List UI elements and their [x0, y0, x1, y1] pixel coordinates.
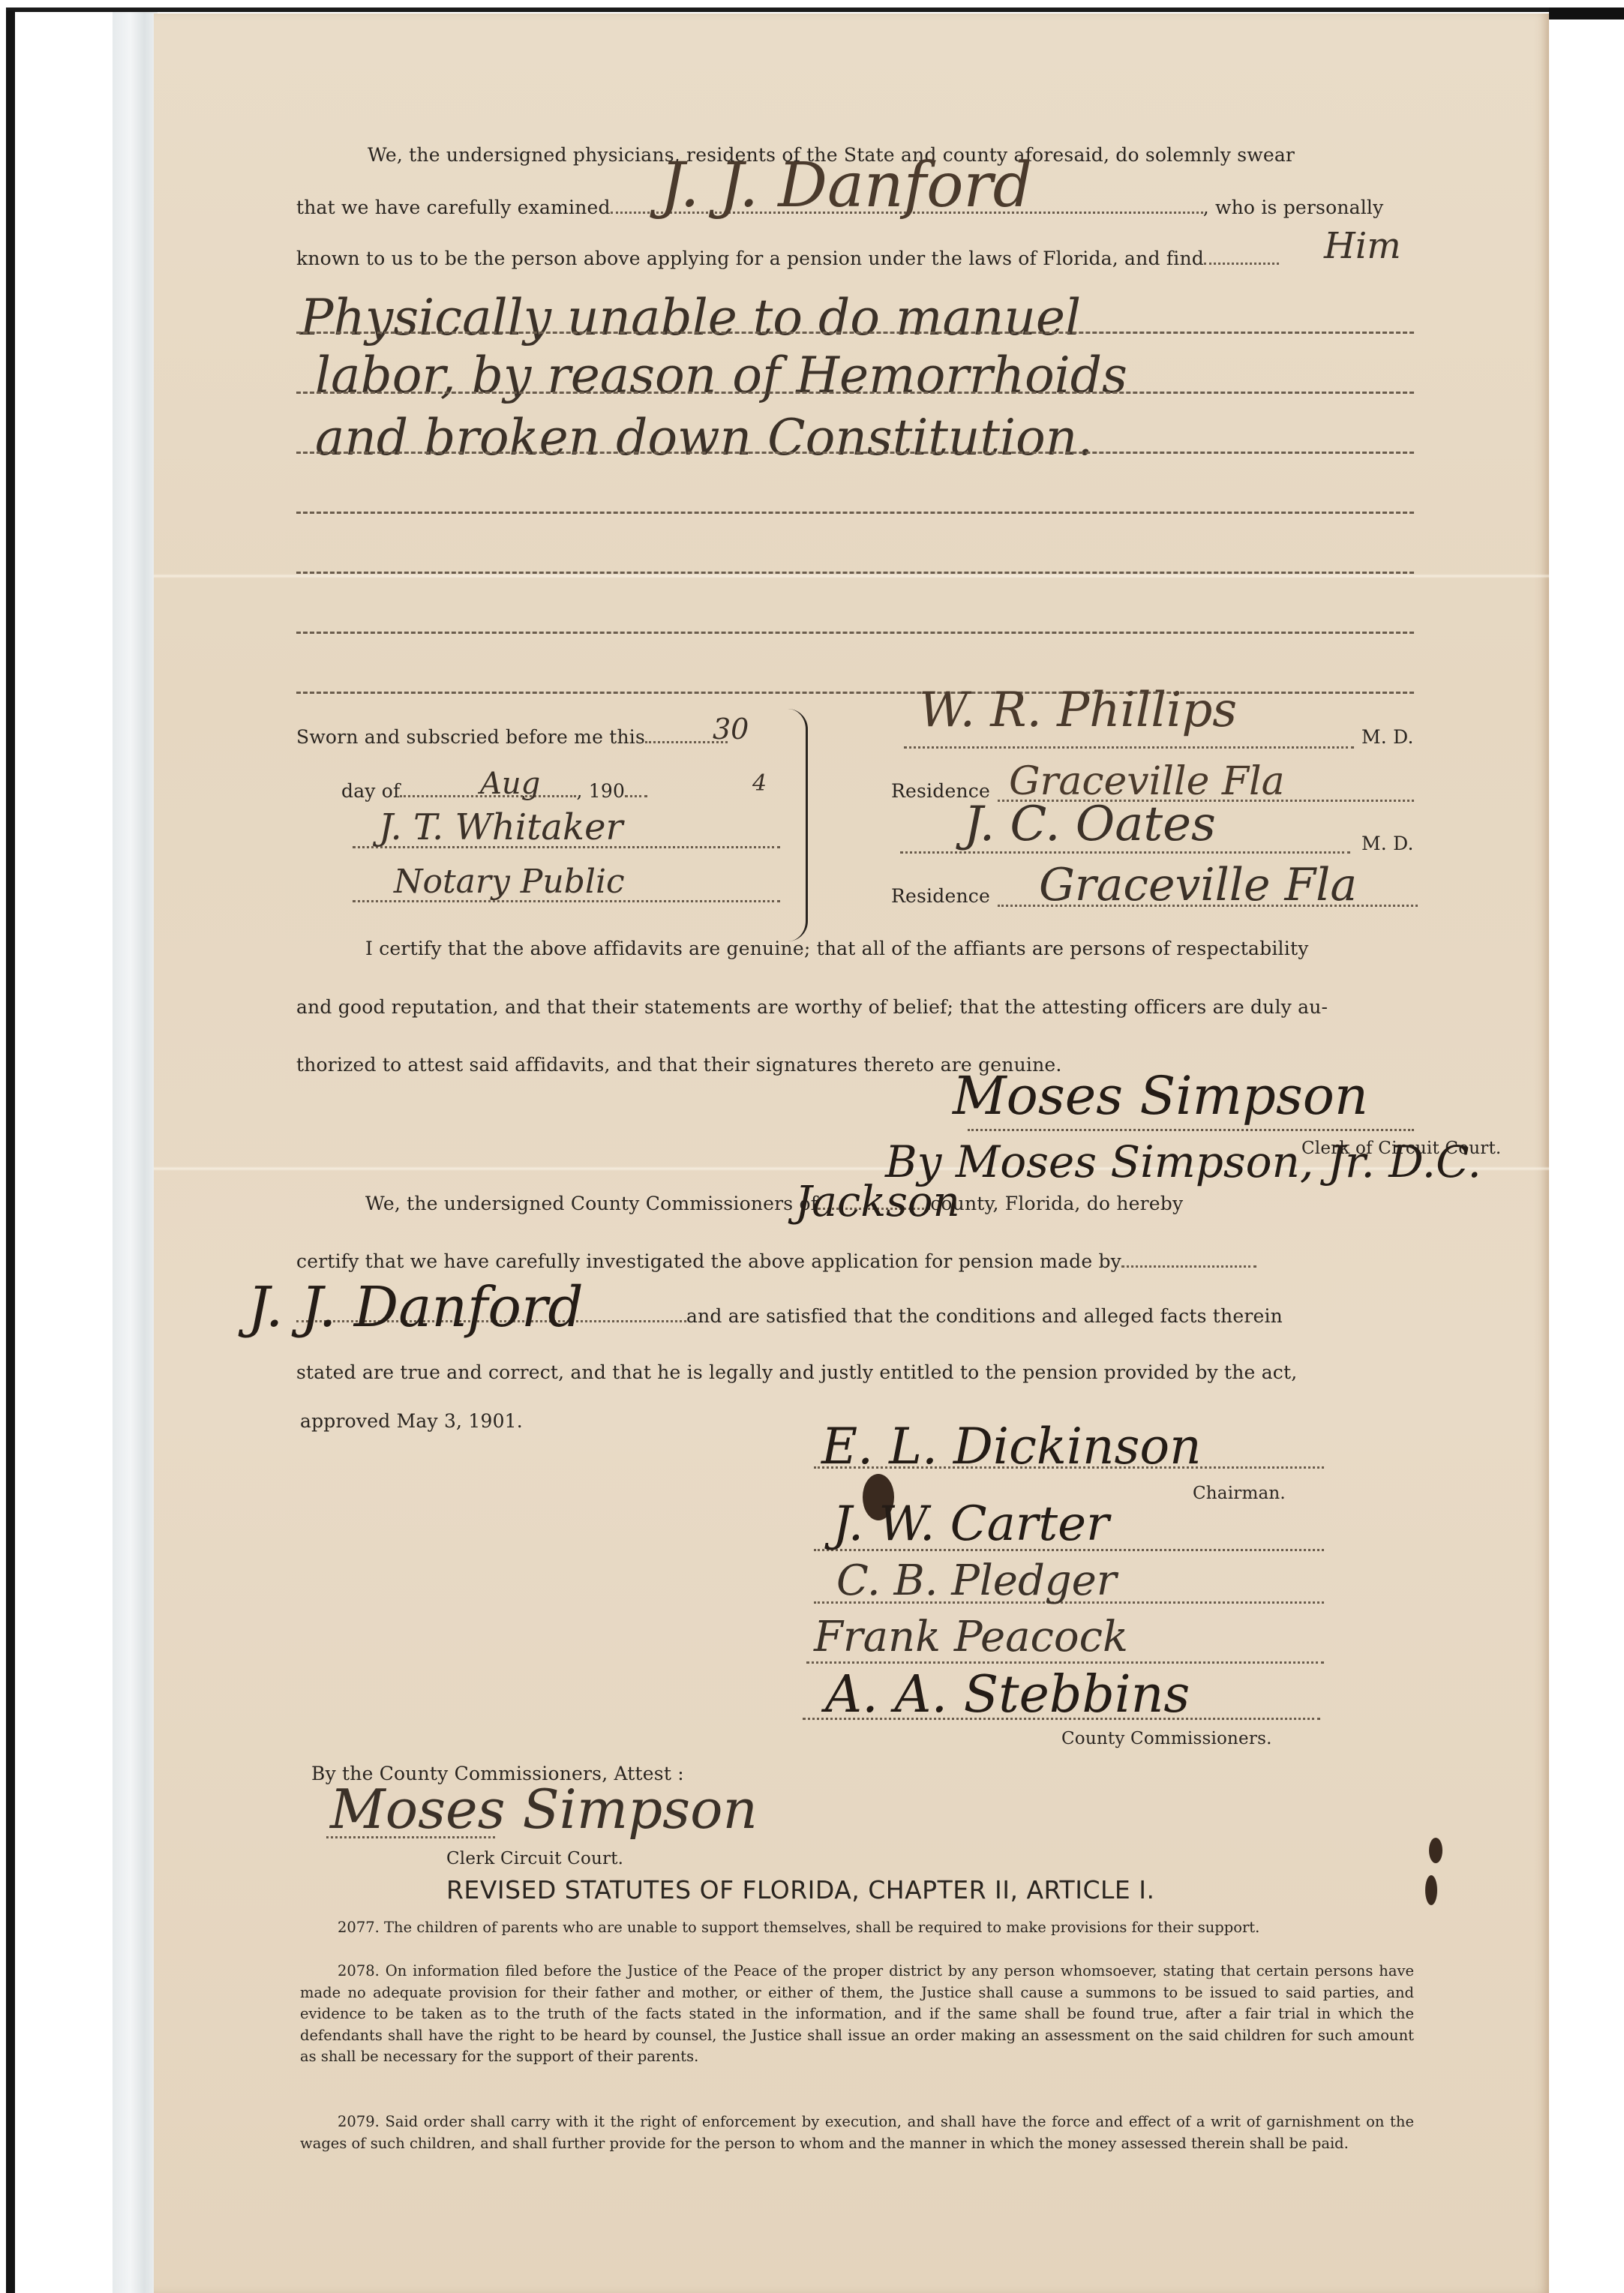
year-prefix: , 190: [576, 780, 625, 802]
sworn-label: Sworn and subscried before me this: [296, 726, 645, 748]
protective-sleeve-edge: [113, 12, 158, 2293]
writing-line: [296, 392, 1414, 394]
writing-line: [296, 512, 1414, 514]
deputy-clerk-signature: By Moses Simpson, Jr. D.C.: [885, 1136, 1481, 1187]
applicant-name-handwritten: J. J. Danford: [660, 150, 1032, 221]
physician-2-residence: Graceville Fla: [1039, 859, 1357, 911]
scanner-frame-corner: [1549, 8, 1624, 20]
scanner-frame-left: [6, 11, 15, 2293]
affidavit-line-3-text: known to us to be the person above apply…: [296, 248, 1204, 269]
commissioner-3-signature: Frank Peacock: [814, 1613, 1128, 1661]
statute-text: The children of parents who are unable t…: [384, 1919, 1259, 1936]
finding-line-1: Physically unable to do manuel: [300, 289, 1081, 347]
clerk-signature: Moses Simpson: [953, 1065, 1368, 1127]
clerk-cert-line-3: thorized to attest said affidavits, and …: [296, 1054, 1062, 1076]
physician-2-suffix: M. D.: [1361, 833, 1414, 854]
statute-number: 2079.: [338, 2113, 380, 2130]
clerk-signature-line: [968, 1129, 1414, 1131]
attest-title: Clerk Circuit Court.: [446, 1849, 623, 1868]
county-handwritten: Jackson: [795, 1178, 960, 1226]
find-blank: [1204, 263, 1279, 265]
writing-line: [296, 332, 1414, 334]
applicant-blank: [1121, 1265, 1256, 1268]
sworn-line: Sworn and subscried before me this: [296, 726, 728, 748]
year-value: 4: [752, 770, 767, 797]
commissioner-2-signature: C. B. Pledger: [836, 1556, 1117, 1605]
commissioners-line-1-prefix: We, the undersigned County Commissioners…: [365, 1193, 818, 1214]
physician-1-signature-line: [904, 746, 1354, 749]
statute-2077: 2077. The children of parents who are un…: [300, 1917, 1414, 1939]
attest-signature: Moses Simpson: [330, 1778, 758, 1841]
statute-2079: 2079. Said order shall carry with it the…: [300, 2111, 1414, 2154]
paper-fold: [154, 574, 1549, 578]
physician-1-signature: W. R. Phillips: [919, 683, 1237, 738]
notary-signature: J. T. Whitaker: [379, 806, 623, 848]
physician-2-residence-label: Residence: [891, 885, 990, 907]
commissioners-line-1-suffix: county, Florida, do hereby: [930, 1193, 1183, 1214]
affidavit-line-2-prefix: that we have carefully examined: [296, 197, 611, 218]
year-blank: [625, 795, 647, 797]
ink-spot: [1429, 1838, 1442, 1863]
affidavit-line-3: known to us to be the person above apply…: [296, 248, 1279, 269]
pronoun-handwritten: Him: [1324, 225, 1401, 267]
commissioners-title: County Commissioners.: [1061, 1729, 1272, 1748]
finding-line-2: labor, by reason of Hemorrhoids: [315, 347, 1127, 404]
writing-line: [296, 692, 1414, 694]
writing-line: [296, 452, 1414, 454]
commissioners-line-4: stated are true and correct, and that he…: [296, 1361, 1297, 1383]
writing-line: [296, 572, 1414, 574]
month-value: Aug: [480, 767, 540, 801]
commissioner-4-signature: A. A. Stebbins: [825, 1665, 1190, 1724]
applicant-name-handwritten-2: J. J. Danford: [248, 1275, 584, 1340]
commissioner-3-line: [806, 1661, 1324, 1664]
physician-2-signature: J. C. Oates: [964, 797, 1216, 852]
commissioner-1-signature: J. W. Carter: [833, 1496, 1109, 1552]
physician-1-suffix: M. D.: [1361, 726, 1414, 748]
finding-line-3: and broken down Constitution.: [315, 409, 1093, 467]
chairman-signature: E. L. Dickinson: [821, 1418, 1202, 1475]
commissioners-line-2: certify that we have carefully investiga…: [296, 1250, 1256, 1272]
affidavit-line-2-suffix: , who is personally: [1203, 197, 1384, 218]
ink-spot: [1425, 1875, 1437, 1905]
commissioners-line-1: We, the undersigned County Commissioners…: [365, 1193, 1183, 1214]
clerk-cert-line-2: and good reputation, and that their stat…: [296, 996, 1328, 1018]
statutes-title: REVISED STATUTES OF FLORIDA, CHAPTER II,…: [446, 1875, 1154, 1904]
writing-line: [296, 632, 1414, 634]
commissioners-line-5: approved May 3, 1901.: [300, 1410, 523, 1432]
day-of-label: day of: [341, 780, 400, 802]
day-value: 30: [713, 713, 749, 746]
statute-text: On information filed before the Justice …: [300, 1962, 1414, 2065]
notary-title: Notary Public: [394, 863, 625, 901]
statute-2078: 2078. On information filed before the Ju…: [300, 1961, 1414, 2068]
statute-number: 2078.: [338, 1962, 380, 1979]
bracket: [788, 709, 808, 941]
statute-number: 2077.: [338, 1919, 380, 1936]
scanner-frame-top: [6, 8, 1624, 12]
statute-text: Said order shall carry with it the right…: [300, 2113, 1414, 2152]
commissioners-line-3-text: and are satisfied that the conditions an…: [686, 1305, 1283, 1327]
chairman-title: Chairman.: [1193, 1484, 1286, 1503]
commissioners-line-2-text: certify that we have carefully investiga…: [296, 1250, 1121, 1272]
clerk-cert-line-1: I certify that the above affidavits are …: [365, 938, 1309, 959]
